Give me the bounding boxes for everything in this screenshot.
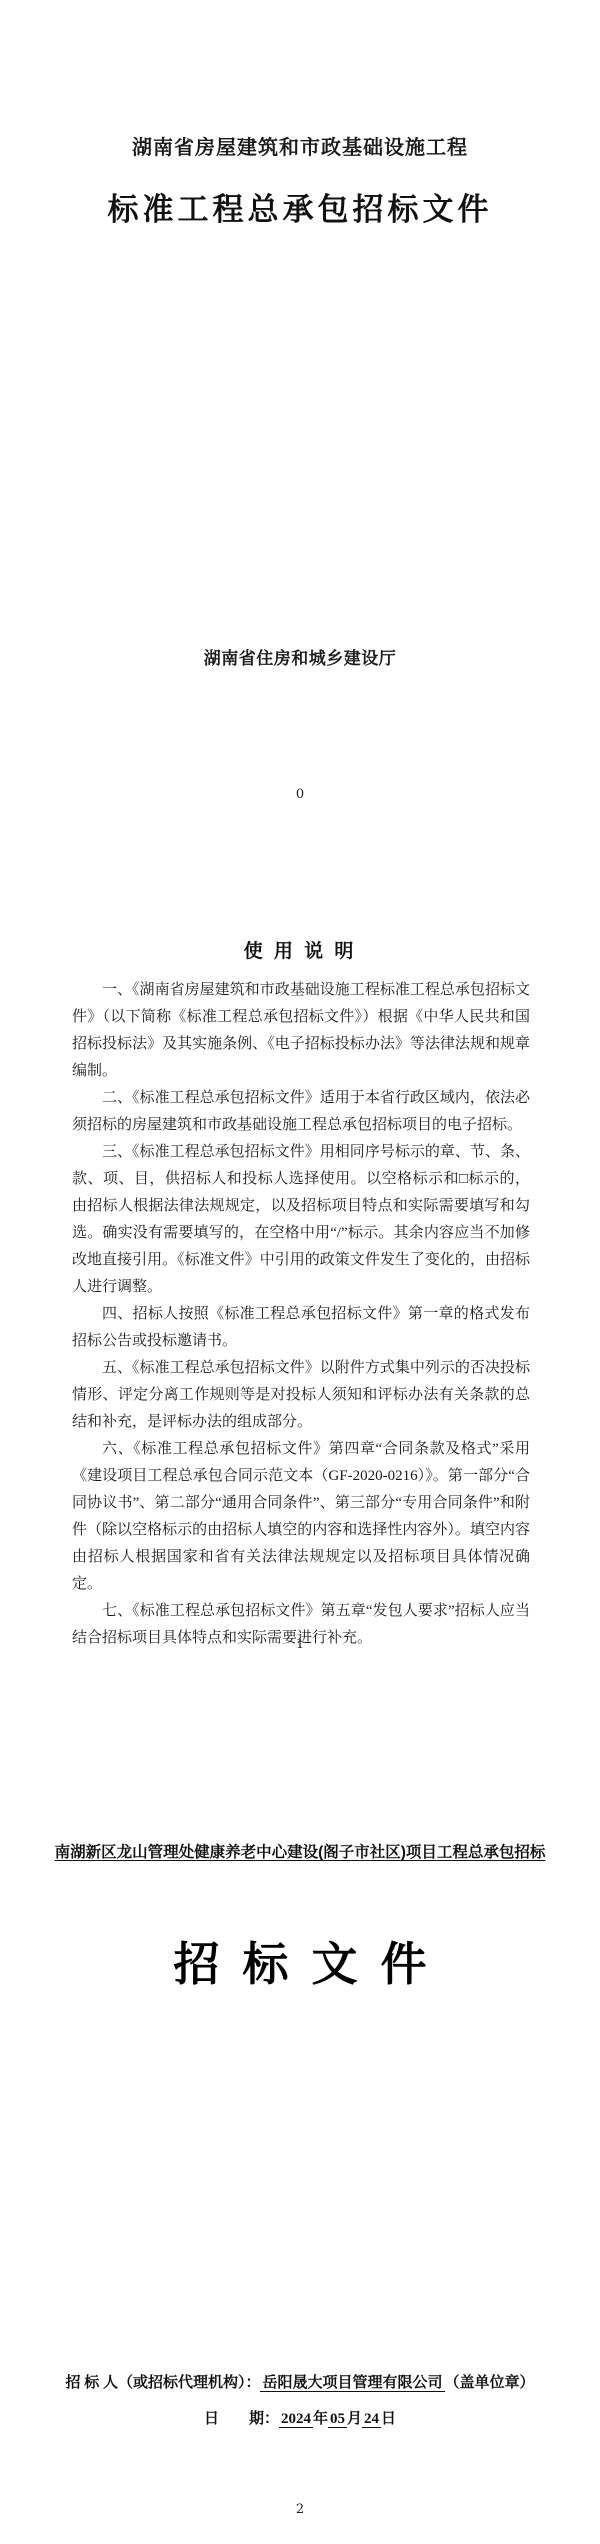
date-month-unit: 月	[347, 2411, 362, 2427]
usage-paragraph-6: 六、《标准工程总承包招标文件》第四章“合同条款及格式”采用《建设项目工程总承包合…	[72, 1436, 530, 1598]
bid-document-title: 招标文件	[0, 1928, 600, 1994]
bidder-label: 招 标 人（或招标代理机构）：	[65, 2375, 260, 2391]
bidder-line: 招 标 人（或招标代理机构）：岳阳晟大项目管理有限公司（盖单位章）	[0, 2371, 600, 2392]
usage-notes-body: 一、《湖南省房屋建筑和市政基础设施工程标准工程总承包招标文件》（以下简称《标准工…	[72, 977, 530, 1652]
cover-title: 标准工程总承包招标文件	[0, 184, 600, 229]
date-line: 日 期：2024年05月24日	[0, 2407, 600, 2428]
usage-paragraph-3: 三、《标准工程总承包招标文件》用相同序号标示的章、节、条、款、项、目，供招标人和…	[72, 1139, 530, 1301]
cover-subtitle: 湖南省房屋建筑和市政基础设施工程	[0, 131, 600, 160]
date-year: 2024	[279, 2411, 313, 2428]
date-month: 05	[328, 2411, 347, 2428]
tender-document-scroll: 湖南省房屋建筑和市政基础设施工程 标准工程总承包招标文件 湖南省住房和城乡建设厅…	[0, 0, 600, 2544]
page-number-2: 2	[0, 2502, 600, 2517]
date-label: 日 期：	[204, 2411, 279, 2427]
usage-paragraph-4: 四、招标人按照《标准工程总承包招标文件》第一章的格式发布招标公告或投标邀请书。	[72, 1301, 530, 1355]
project-title: 南湖新区龙山管理处健康养老中心建设(阁子市社区)项目工程总承包招标	[0, 1840, 600, 1862]
date-day: 24	[362, 2411, 381, 2428]
bidder-seal-note: （盖单位章）	[445, 2375, 535, 2391]
date-day-unit: 日	[381, 2411, 396, 2427]
usage-paragraph-2: 二、《标准工程总承包招标文件》适用于本省行政区域内，依法必须招标的房屋建筑和市政…	[72, 1085, 530, 1139]
usage-notes-heading: 使 用 说 明	[0, 936, 600, 963]
date-year-unit: 年	[313, 2411, 328, 2427]
page-number-0: 0	[0, 787, 600, 802]
bidder-name: 岳阳晟大项目管理有限公司	[260, 2375, 444, 2392]
page-number-1: 1	[0, 1637, 600, 1652]
usage-paragraph-1: 一、《湖南省房屋建筑和市政基础设施工程标准工程总承包招标文件》（以下简称《标准工…	[72, 977, 530, 1085]
publisher-name: 湖南省住房和城乡建设厅	[0, 644, 600, 669]
usage-paragraph-5: 五、《标准工程总承包招标文件》以附件方式集中列示的否决投标情形、评定分离工作规则…	[72, 1355, 530, 1436]
